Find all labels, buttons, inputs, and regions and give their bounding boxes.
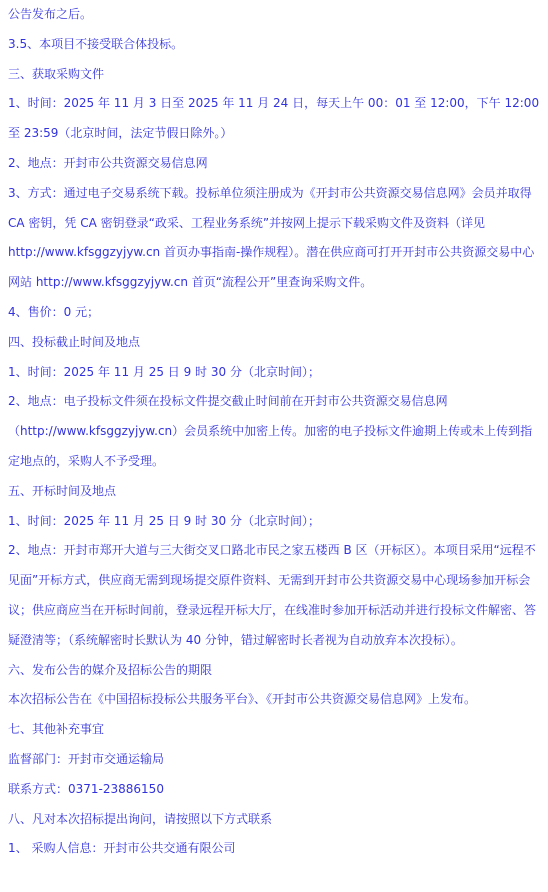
paragraph-price: 4、售价：0 元； <box>8 298 540 328</box>
paragraph-obtain-method: 3、方式：通过电子交易系统下载。投标单位须注册成为《开封市公共资源交易信息网》会… <box>8 179 540 298</box>
paragraph-deadline-location: 2、地点：电子投标文件须在投标文件提交截止时间前在开封市公共资源交易信息网（ht… <box>8 387 540 476</box>
paragraph-opening-location: 2、地点：开封市郑开大道与三大街交叉口路北市民之家五楼西 B 区（开标区）。本项… <box>8 536 540 655</box>
paragraph-contact-phone: 联系方式：0371-23886150 <box>8 775 540 805</box>
section-heading-bid-opening: 五、开标时间及地点 <box>8 477 540 507</box>
paragraph-obtain-time: 1、时间：2025 年 11 月 3 日至 2025 年 11 月 24 日，每… <box>8 89 540 149</box>
paragraph-obtain-location: 2、地点：开封市公共资源交易信息网 <box>8 149 540 179</box>
announcement-document: 公告发布之后。 3.5、本项目不接受联合体投标。 三、获取采购文件 1、时间：2… <box>0 0 548 864</box>
section-heading-other-matters: 七、其他补充事宜 <box>8 715 540 745</box>
paragraph-no-consortium: 3.5、本项目不接受联合体投标。 <box>8 30 540 60</box>
section-heading-obtain-documents: 三、获取采购文件 <box>8 60 540 90</box>
section-heading-bid-deadline: 四、投标截止时间及地点 <box>8 328 540 358</box>
paragraph-deadline-time: 1、时间：2025 年 11 月 25 日 9 时 30 分（北京时间）； <box>8 358 540 388</box>
paragraph-after-publication: 公告发布之后。 <box>8 0 540 30</box>
paragraph-opening-time: 1、时间：2025 年 11 月 25 日 9 时 30 分（北京时间）； <box>8 507 540 537</box>
paragraph-publication-media: 本次招标公告在《中国招标投标公共服务平台》、《开封市公共资源交易信息网》上发布。 <box>8 685 540 715</box>
paragraph-supervision-dept: 监督部门：开封市交通运输局 <box>8 745 540 775</box>
paragraph-purchaser-info: 1、 采购人信息：开封市公共交通有限公司 <box>8 834 540 864</box>
section-heading-publication-media: 六、发布公告的媒介及招标公告的期限 <box>8 656 540 686</box>
section-heading-inquiries: 八、凡对本次招标提出询问，请按照以下方式联系 <box>8 805 540 835</box>
